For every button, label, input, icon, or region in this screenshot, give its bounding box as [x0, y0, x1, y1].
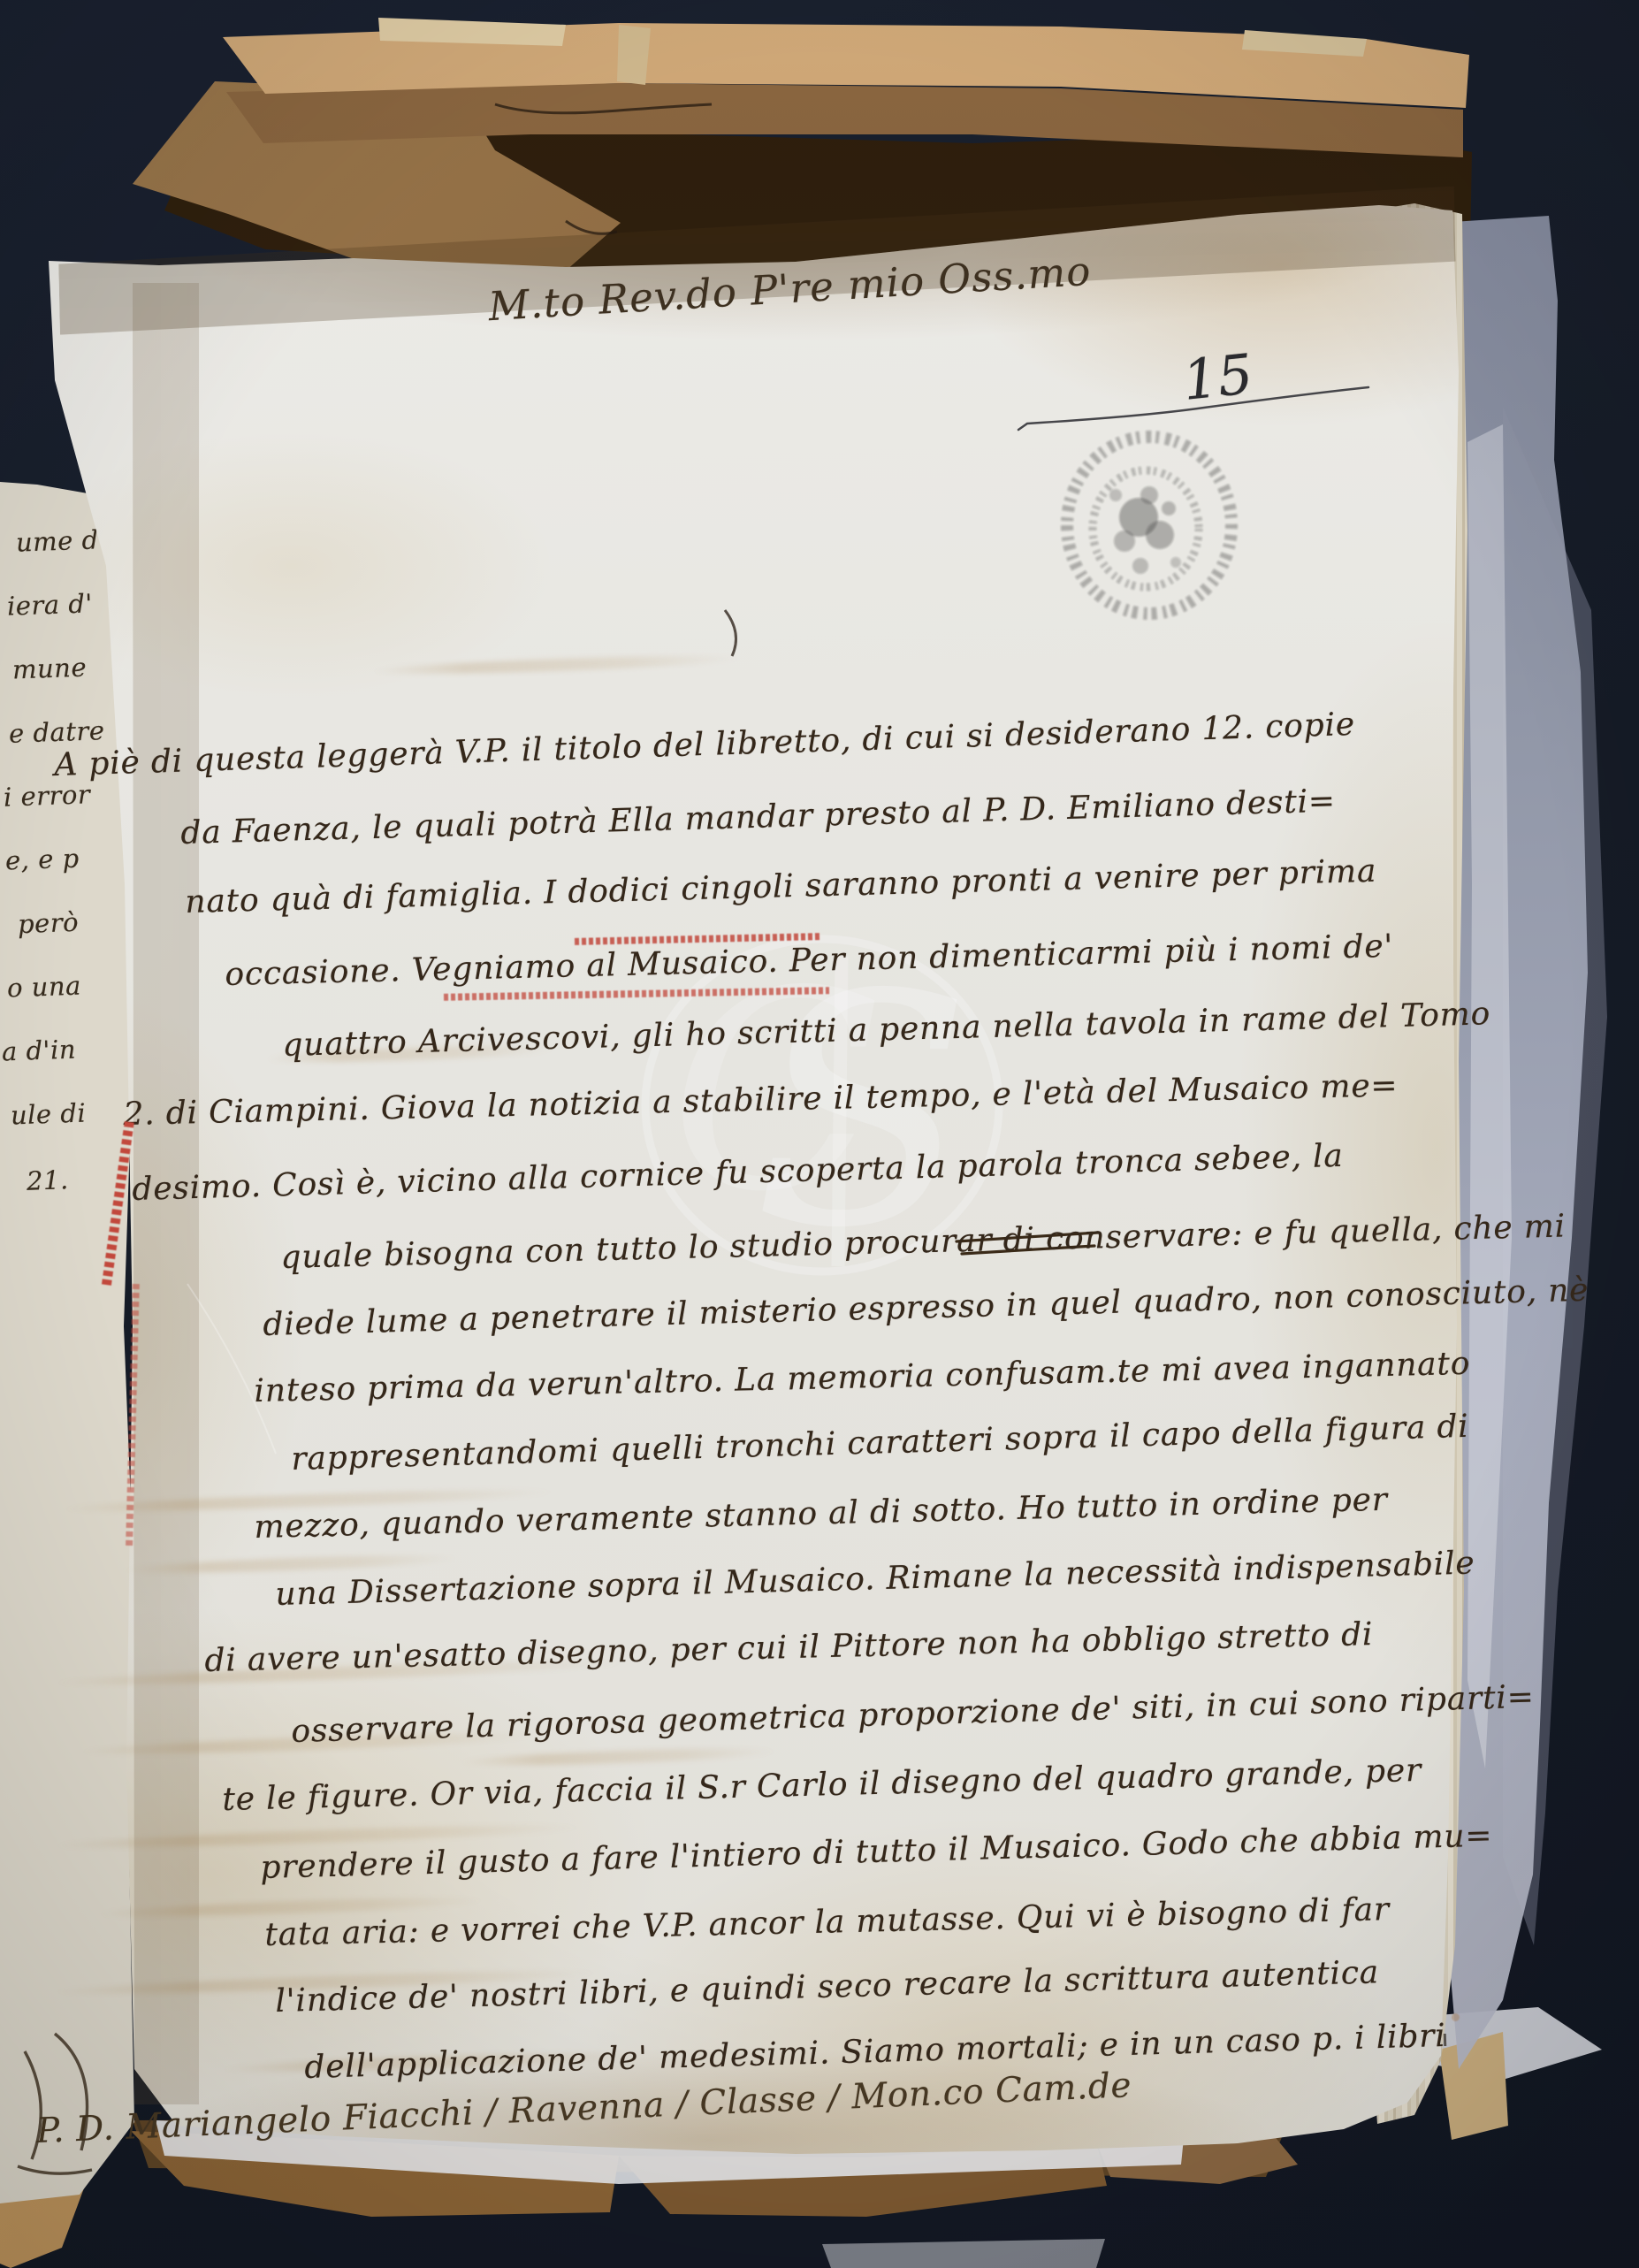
photo-vignette: [0, 0, 1639, 2268]
archive-photo-stage: ume diera d'munee datrei errore, e pperò…: [0, 0, 1639, 2268]
